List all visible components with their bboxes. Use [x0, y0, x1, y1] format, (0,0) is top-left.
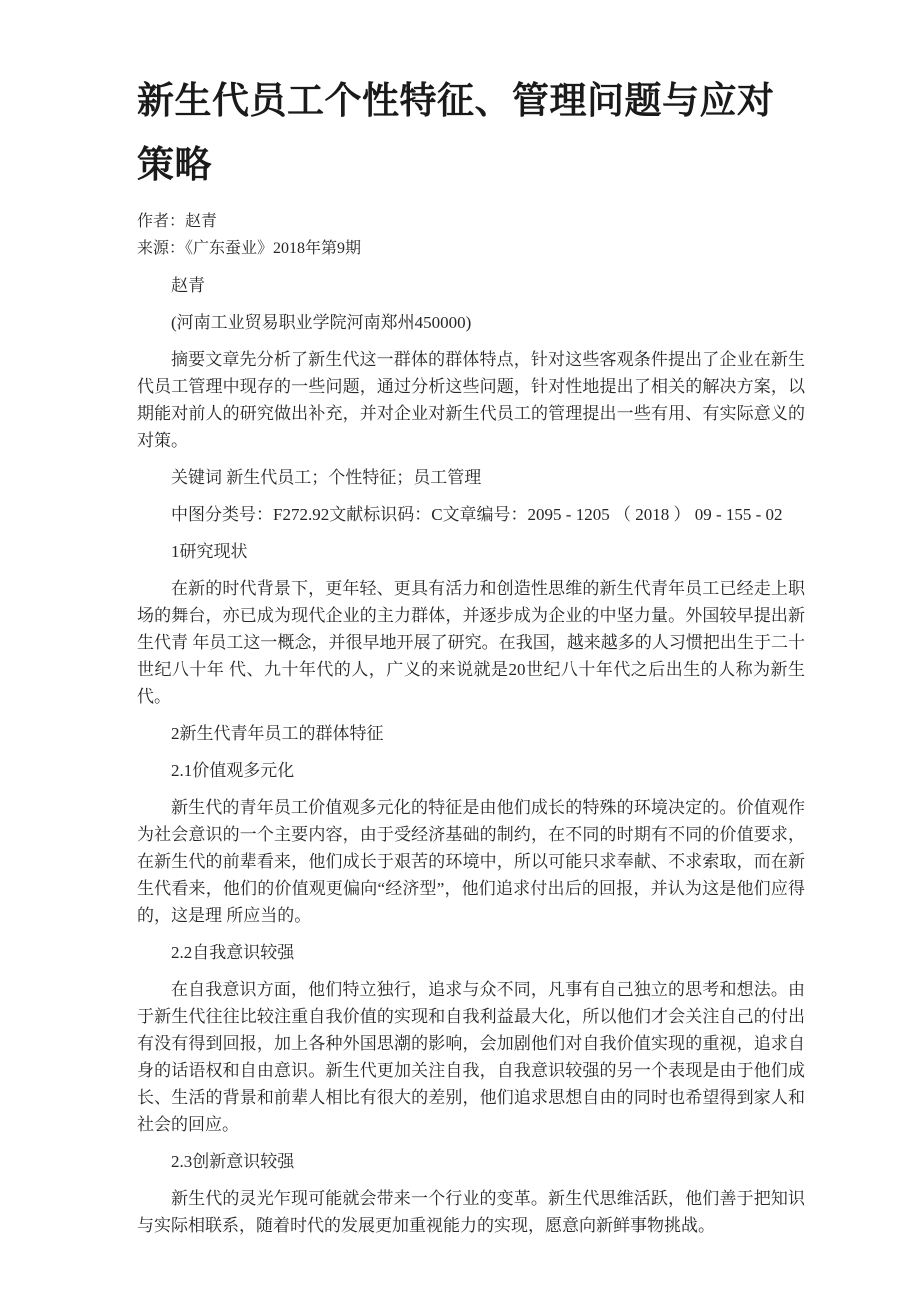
- author-affiliation: (河南工业贸易职业学院河南郑州450000): [137, 309, 805, 336]
- section-paragraph-research-status: 在新的时代背景下，更年轻、更具有活力和创造性思维的新生代青年员工已经走上职场的舞…: [137, 575, 805, 710]
- section-heading-values-diversity: 2.1价值观多元化: [137, 757, 805, 784]
- section-heading-group-traits: 2新生代青年员工的群体特征: [137, 720, 805, 747]
- document-page: 新生代员工个性特征、管理问题与应对策略 作者：赵青 来源：《广东蚕业》2018年…: [0, 0, 920, 1302]
- meta-author-line: 作者：赵青: [137, 208, 805, 235]
- section-heading-research-status: 1研究现状: [137, 538, 805, 565]
- section-heading-innovation: 2.3创新意识较强: [137, 1148, 805, 1175]
- article-meta: 作者：赵青 来源：《广东蚕业》2018年第9期: [137, 208, 805, 262]
- keywords-line: 关键词 新生代员工；个性特征；员工管理: [137, 464, 805, 491]
- section-paragraph-values-diversity: 新生代的青年员工价值观多元化的特征是由他们成长的特殊的环境决定的。价值观作为社会…: [137, 794, 805, 929]
- section-heading-self-awareness: 2.2自我意识较强: [137, 939, 805, 966]
- section-paragraph-self-awareness: 在自我意识方面，他们特立独行，追求与众不同，凡事有自己独立的思考和想法。由于新生…: [137, 976, 805, 1138]
- classification-line: 中图分类号：F272.92文献标识码：C文章编号：2095 - 1205 （ 2…: [137, 501, 805, 528]
- abstract-paragraph: 摘要文章先分析了新生代这一群体的群体特点，针对这些客观条件提出了企业在新生代员工…: [137, 346, 805, 454]
- section-paragraph-innovation: 新生代的灵光乍现可能就会带来一个行业的变革。新生代思维活跃，他们善于把知识与实际…: [137, 1185, 805, 1239]
- article-title: 新生代员工个性特征、管理问题与应对策略: [137, 70, 805, 198]
- byline: 赵青: [137, 272, 805, 299]
- meta-source-line: 来源：《广东蚕业》2018年第9期: [137, 235, 805, 262]
